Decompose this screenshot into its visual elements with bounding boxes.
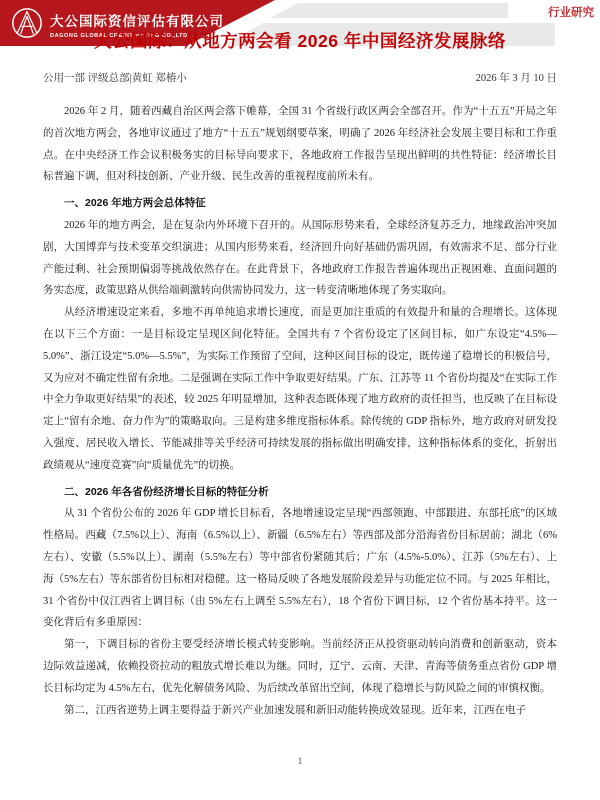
byline: 公用一部 评级总部|黄虹 郑椿小 2026 年 3 月 10 日 [43,70,557,85]
paragraph-intro: 2026 年 2 月，随着西藏自治区两会落下帷幕，全国 31 个省级行政区两会全… [43,101,557,188]
section-heading-2: 二、2026 年各省份经济增长目标的特征分析 [43,482,557,504]
page-number: 1 [0,756,600,766]
decorative-gray-stripe-top [270,3,508,18]
paragraph-section1-a: 2026 年的地方两会，是在复杂内外环境下召开的。从国际形势来看，全球经济复苏乏… [43,215,557,302]
byline-date: 2026 年 3 月 10 日 [476,70,557,85]
paragraph-section2-c: 第二，江西省逆势上调主要得益于新兴产业加速发展和新旧动能转换成效显现。近年来，江… [43,700,557,722]
page-title: 大公国际：从地方两会看 2026 年中国经济发展脉络 [30,28,570,53]
report-type-label: 行业研究 [548,4,594,20]
byline-authors: 公用一部 评级总部|黄虹 郑椿小 [43,70,187,85]
document-body: 2026 年 2 月，随着西藏自治区两会落下帷幕，全国 31 个省级行政区两会全… [43,101,557,721]
paragraph-section2-a: 从 31 个省份公布的 2026 年 GDP 增长目标看，各地增速设定呈现“西部… [43,503,557,634]
company-name-chinese: 大公国际资信评估有限公司 [50,10,224,30]
report-page: 大公国际资信评估有限公司 DAGONG GLOBAL CREDIT RATING… [0,0,600,800]
paragraph-section1-b: 从经济增速设定来看，多地不再单纯追求增长速度，而是更加注重质的有效提升和量的合理… [43,302,557,476]
section-heading-1: 一、2026 年地方两会总体特征 [43,193,557,215]
paragraph-section2-b: 第一，下调目标的省份主要受经济增长模式转变影响。当前经济正从投资驱动转向消费和创… [43,634,557,699]
